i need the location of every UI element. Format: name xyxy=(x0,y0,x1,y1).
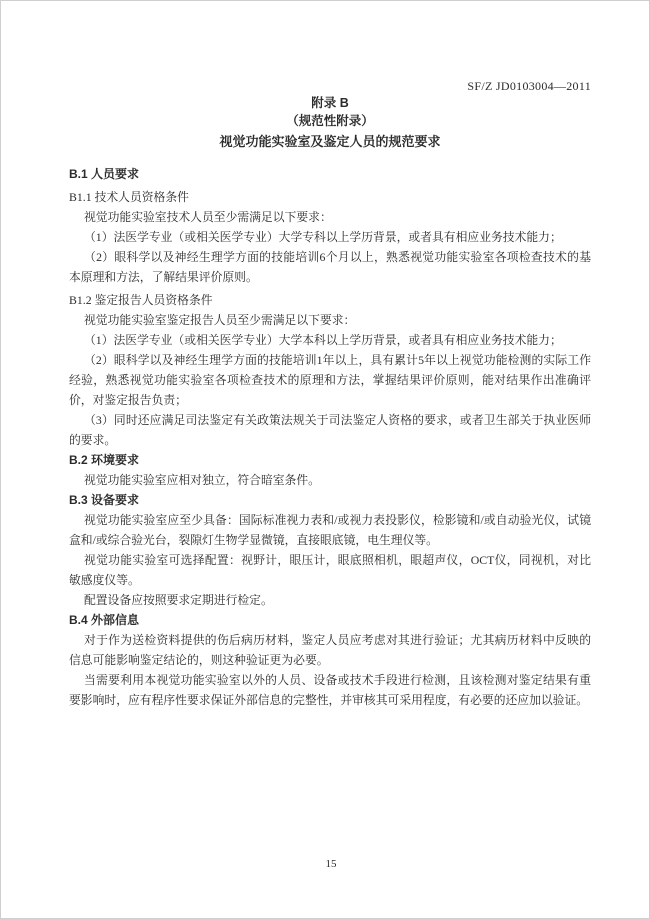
paragraph: （1）法医学专业（或相关医学专业）大学专科以上学历背景，或者具有相应业务技术能力… xyxy=(69,227,591,247)
front-matter: 附录 B （规范性附录） 视觉功能实验室及鉴定人员的规范要求 xyxy=(69,95,591,152)
appendix-note: （规范性附录） xyxy=(69,113,591,129)
paragraph: 视觉功能实验室技术人员至少需满足以下要求： xyxy=(69,207,591,227)
paragraph: （1）法医学专业（或相关医学专业）大学本科以上学历背景，或者具有相应业务技术能力… xyxy=(69,330,591,350)
standard-code: SF/Z JD0103004—2011 xyxy=(69,80,591,93)
paragraph: 当需要利用本视觉功能实验室以外的人员、设备或技术手段进行检测，且该检测对鉴定结果… xyxy=(69,670,591,710)
section-heading: B.4 外部信息 xyxy=(69,610,591,630)
document-body: B.1 人员要求B1.1 技术人员资格条件视觉功能实验室技术人员至少需满足以下要… xyxy=(69,164,591,710)
paragraph: （3）同时还应满足司法鉴定有关政策法规关于司法鉴定人资格的要求，或者卫生部关于执… xyxy=(69,410,591,450)
section-heading: B.1 人员要求 xyxy=(69,164,591,184)
section-subheading: B1.2 鉴定报告人员资格条件 xyxy=(69,290,591,310)
paragraph: 视觉功能实验室应至少具备：国际标准视力表和/或视力表投影仪，检影镜和/或自动验光… xyxy=(69,510,591,550)
section-subheading: B1.1 技术人员资格条件 xyxy=(69,187,591,207)
appendix-label: 附录 B xyxy=(69,95,591,111)
paragraph: 视觉功能实验室可选择配置：视野计，眼压计，眼底照相机，眼超声仪，OCT仪，同视机… xyxy=(69,550,591,590)
paragraph: 对于作为送检资料提供的伤后病历材料，鉴定人员应考虑对其进行验证；尤其病历材料中反… xyxy=(69,630,591,670)
section-heading: B.2 环境要求 xyxy=(69,450,591,470)
paragraph: 视觉功能实验室鉴定报告人员至少需满足以下要求： xyxy=(69,310,591,330)
document-page: SF/Z JD0103004—2011 附录 B （规范性附录） 视觉功能实验室… xyxy=(0,0,650,919)
document-title: 视觉功能实验室及鉴定人员的规范要求 xyxy=(69,132,591,152)
section-heading: B.3 设备要求 xyxy=(69,490,591,510)
page-number: 15 xyxy=(69,857,593,871)
paragraph: 配置设备应按照要求定期进行检定。 xyxy=(69,590,591,610)
paragraph: 视觉功能实验室应相对独立，符合暗室条件。 xyxy=(69,470,591,490)
paragraph: （2）眼科学以及神经生理学方面的技能培训1年以上，具有累计5年以上视觉功能检测的… xyxy=(69,350,591,410)
paragraph: （2）眼科学以及神经生理学方面的技能培训6个月以上，熟悉视觉功能实验室各项检查技… xyxy=(69,247,591,287)
